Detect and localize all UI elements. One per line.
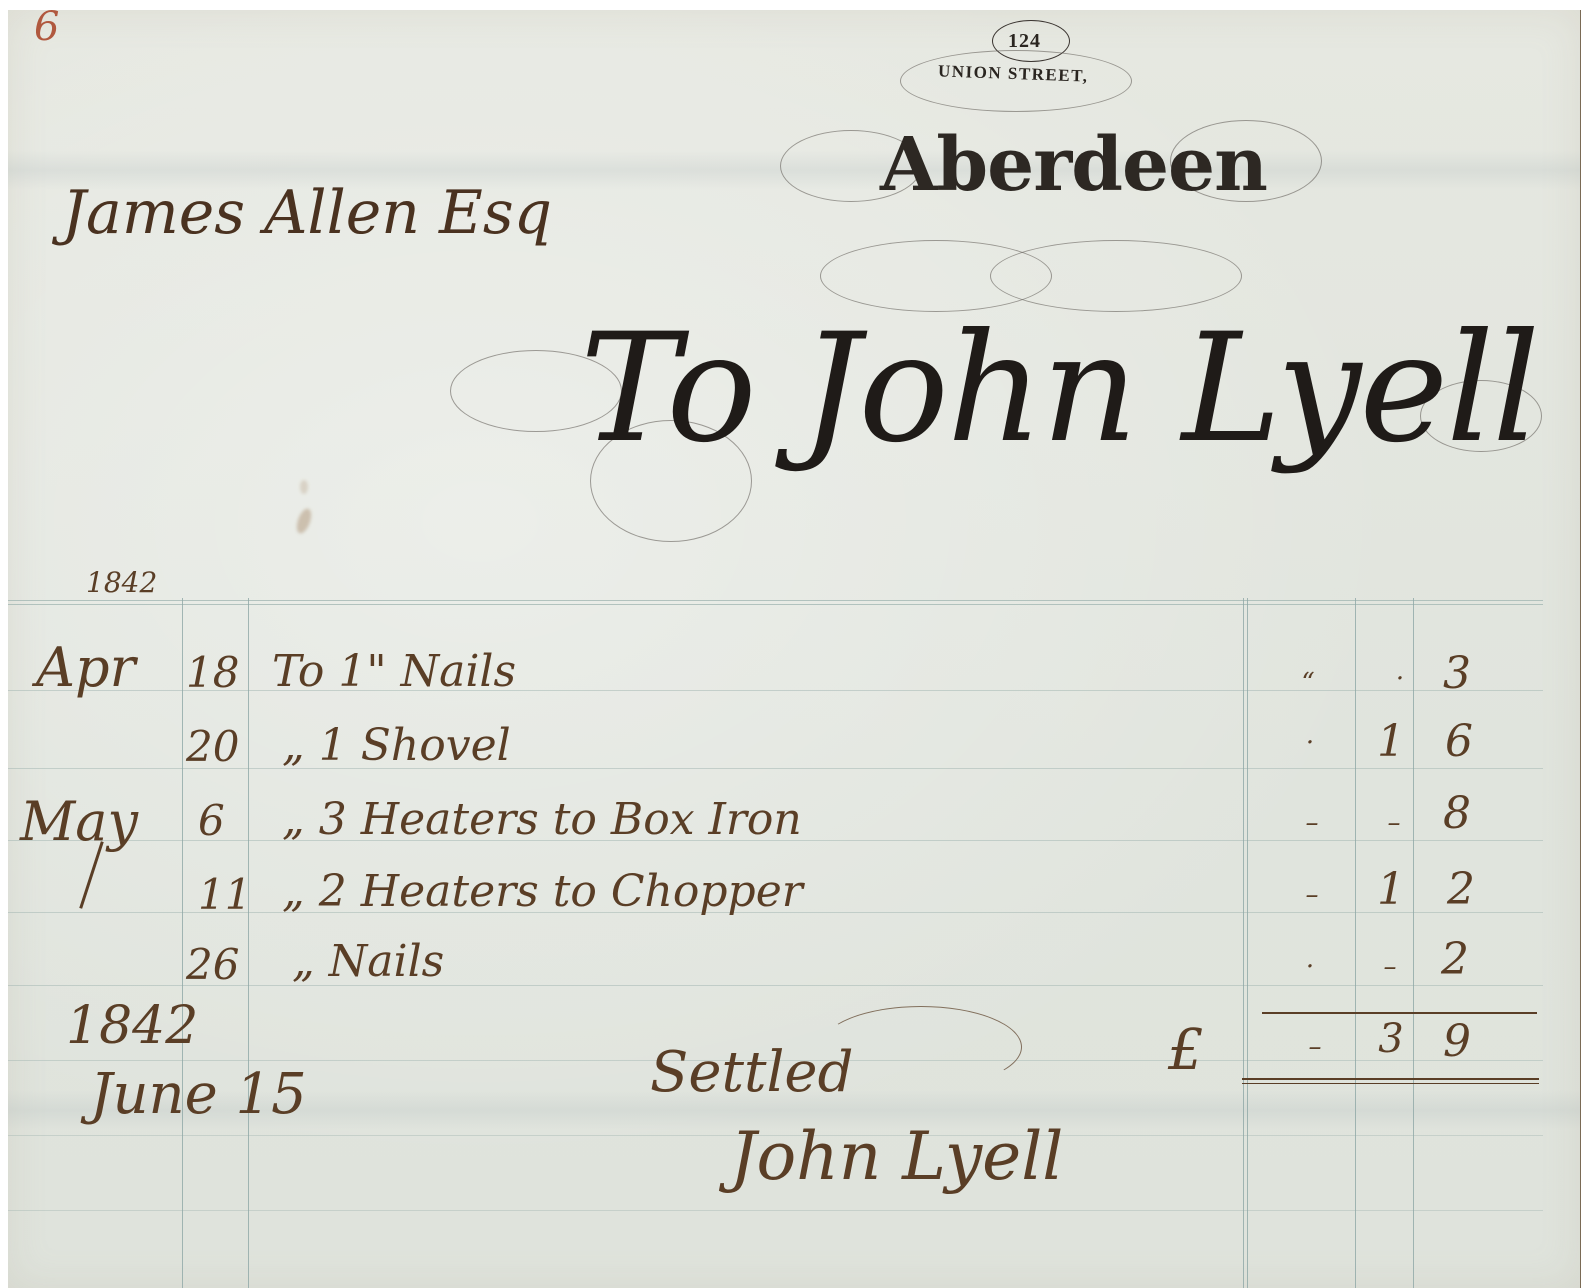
row-rule [8,1210,1543,1211]
flourish-ornament [900,50,1132,112]
entry-shillings: 1 [1366,864,1416,915]
total-shillings: 3 [1366,1016,1416,1062]
entry-day: 11 [198,870,251,919]
total-currency-symbol: £ [1168,1018,1204,1083]
page-number: 6 [34,4,59,50]
entry-pounds: “ [1288,668,1328,698]
addressee-name: James Allen Esq [62,178,552,248]
entry-pounds: · [1290,952,1330,982]
entry-description: To 1" Nails [272,646,516,697]
pounds-column-rule [1247,598,1248,1288]
entry-shillings: 1 [1366,716,1416,767]
entry-pounds: – [1292,808,1332,838]
total-pounds: – [1295,1032,1335,1062]
total-pence: 9 [1432,1016,1482,1067]
entry-day: 26 [186,940,239,989]
entry-pence: 3 [1432,648,1482,699]
entry-description: „ 3 Heaters to Box Iron [282,794,802,845]
pence-column-rule [1413,598,1414,1288]
header-rule [8,604,1543,605]
merchant-signature: John Lyell [730,1118,1063,1195]
entry-pounds: – [1292,880,1332,910]
entry-pounds: · [1290,728,1330,758]
entry-description: „ 2 Heaters to Chopper [282,866,803,917]
shillings-column-rule [1355,598,1356,1288]
entry-day: 20 [186,722,239,771]
entry-shillings: – [1374,808,1414,838]
entry-pence: 8 [1432,788,1482,839]
ledger-year: 1842 [86,566,157,599]
entry-day: 6 [198,796,225,845]
entry-description: „ 1 Shovel [282,720,511,771]
ink-stain [300,480,308,494]
date-column-rule [182,598,183,1288]
entry-shillings: · [1380,664,1420,694]
total-bottom-rule [1242,1083,1539,1084]
pounds-column-rule [1243,598,1244,1288]
settlement-date: June 15 [90,1062,307,1127]
entry-month: Apr [36,636,135,699]
entry-month: May [20,790,138,853]
entry-pence: 6 [1434,716,1484,767]
city-name: Aberdeen [880,122,1267,208]
entry-pence: 2 [1436,864,1486,915]
settlement-year: 1842 [66,996,198,1056]
entry-description: „ Nails [292,936,444,987]
merchant-name: To John Lyell [580,302,1538,476]
total-top-rule [1262,1012,1537,1014]
entry-shillings: – [1370,952,1410,982]
entry-day: 18 [186,648,239,697]
settled-flourish [820,1006,1022,1088]
entry-pence: 2 [1430,934,1480,985]
header-rule [8,600,1543,601]
day-column-rule [248,598,249,1288]
total-bottom-rule [1242,1078,1539,1080]
